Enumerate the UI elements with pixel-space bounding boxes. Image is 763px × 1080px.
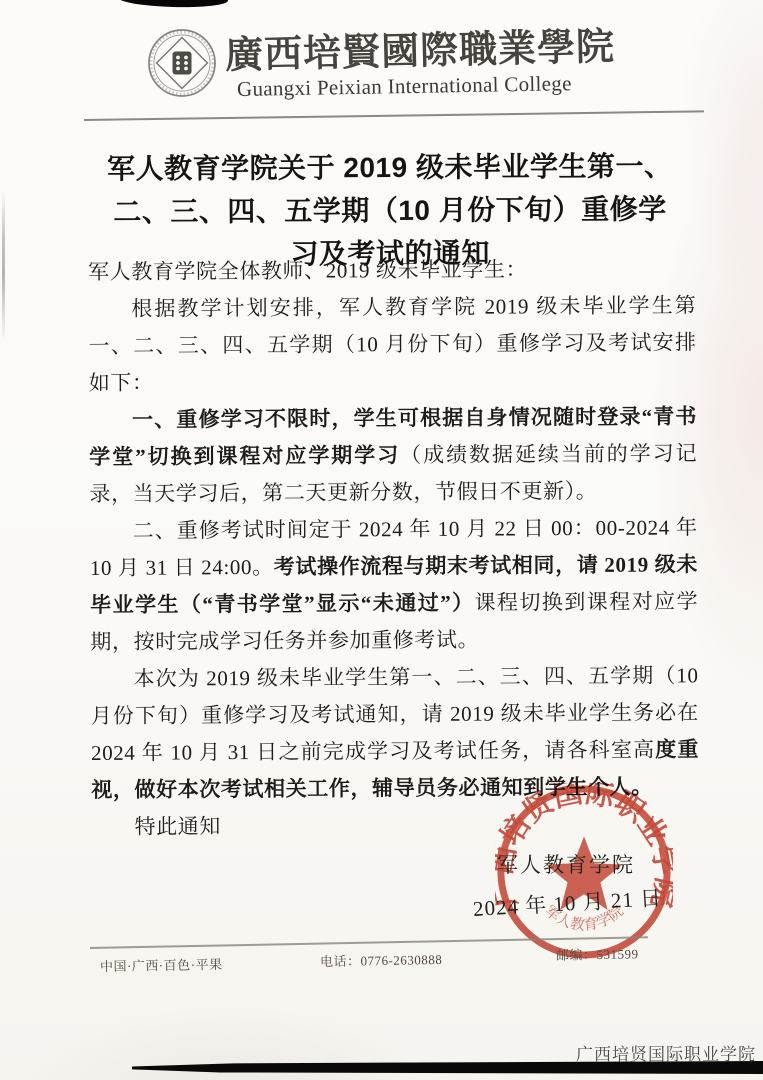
footer-phone: 电话：0776-2630888	[320, 949, 443, 970]
salutation: 军人教育学院全体教师、2019 级未毕业学生：	[88, 250, 696, 291]
paragraph-item-2: 二、重修考试时间定于 2024 年 10 月 22 日 00：00-2024 年…	[90, 509, 699, 661]
watermark-college-name: 广西培贤国际职业学院	[576, 1040, 756, 1065]
college-name-zh: 廣西培賢國際職業學院	[224, 14, 665, 79]
scan-artifact-right-edge	[755, 8, 758, 1068]
paragraph-intro: 根据教学计划安排，军人教育学院 2019 级未毕业学生第一、二、三、四、五学期（…	[88, 287, 697, 402]
paragraph-intro-text: 根据教学计划安排，军人教育学院 2019 级未毕业学生第一、二、三、四、五学期（…	[88, 293, 696, 395]
signature-org: 军人教育学院	[497, 849, 635, 879]
notice-title-line1: 军人教育学院关于 2019 级未毕业学生第一、	[86, 144, 694, 190]
scan-artifact-top	[118, 0, 228, 9]
summary-normal-text: 本次为 2019 级未毕业学生第一、二、三、四、五学期（10 月份下旬）重修学习…	[91, 663, 699, 765]
scan-artifact-left-edge	[2, 192, 5, 342]
college-emblem-svg	[146, 27, 218, 99]
footer-postcode: 邮编：531599	[556, 943, 639, 963]
scanned-notice-page: 廣西培賢國際職業學院 Guangxi Peixian International…	[0, 0, 763, 1080]
header-divider	[84, 110, 704, 121]
footer-address: 中国·广西·百色·平果	[100, 954, 223, 975]
notice-body: 军人教育学院全体教师、2019 级未毕业学生： 根据教学计划安排，军人教育学院 …	[88, 250, 700, 846]
paragraph-item-1: 一、重修学习不限时，学生可根据自身情况随时登录“青书学堂”切换到课程对应学期学习…	[89, 398, 698, 513]
college-emblem-icon	[146, 27, 218, 99]
notice-title-line2: 二、三、四、五学期（10 月份下旬）重修学	[86, 187, 694, 233]
college-name-en: Guangxi Peixian International College	[237, 71, 572, 102]
